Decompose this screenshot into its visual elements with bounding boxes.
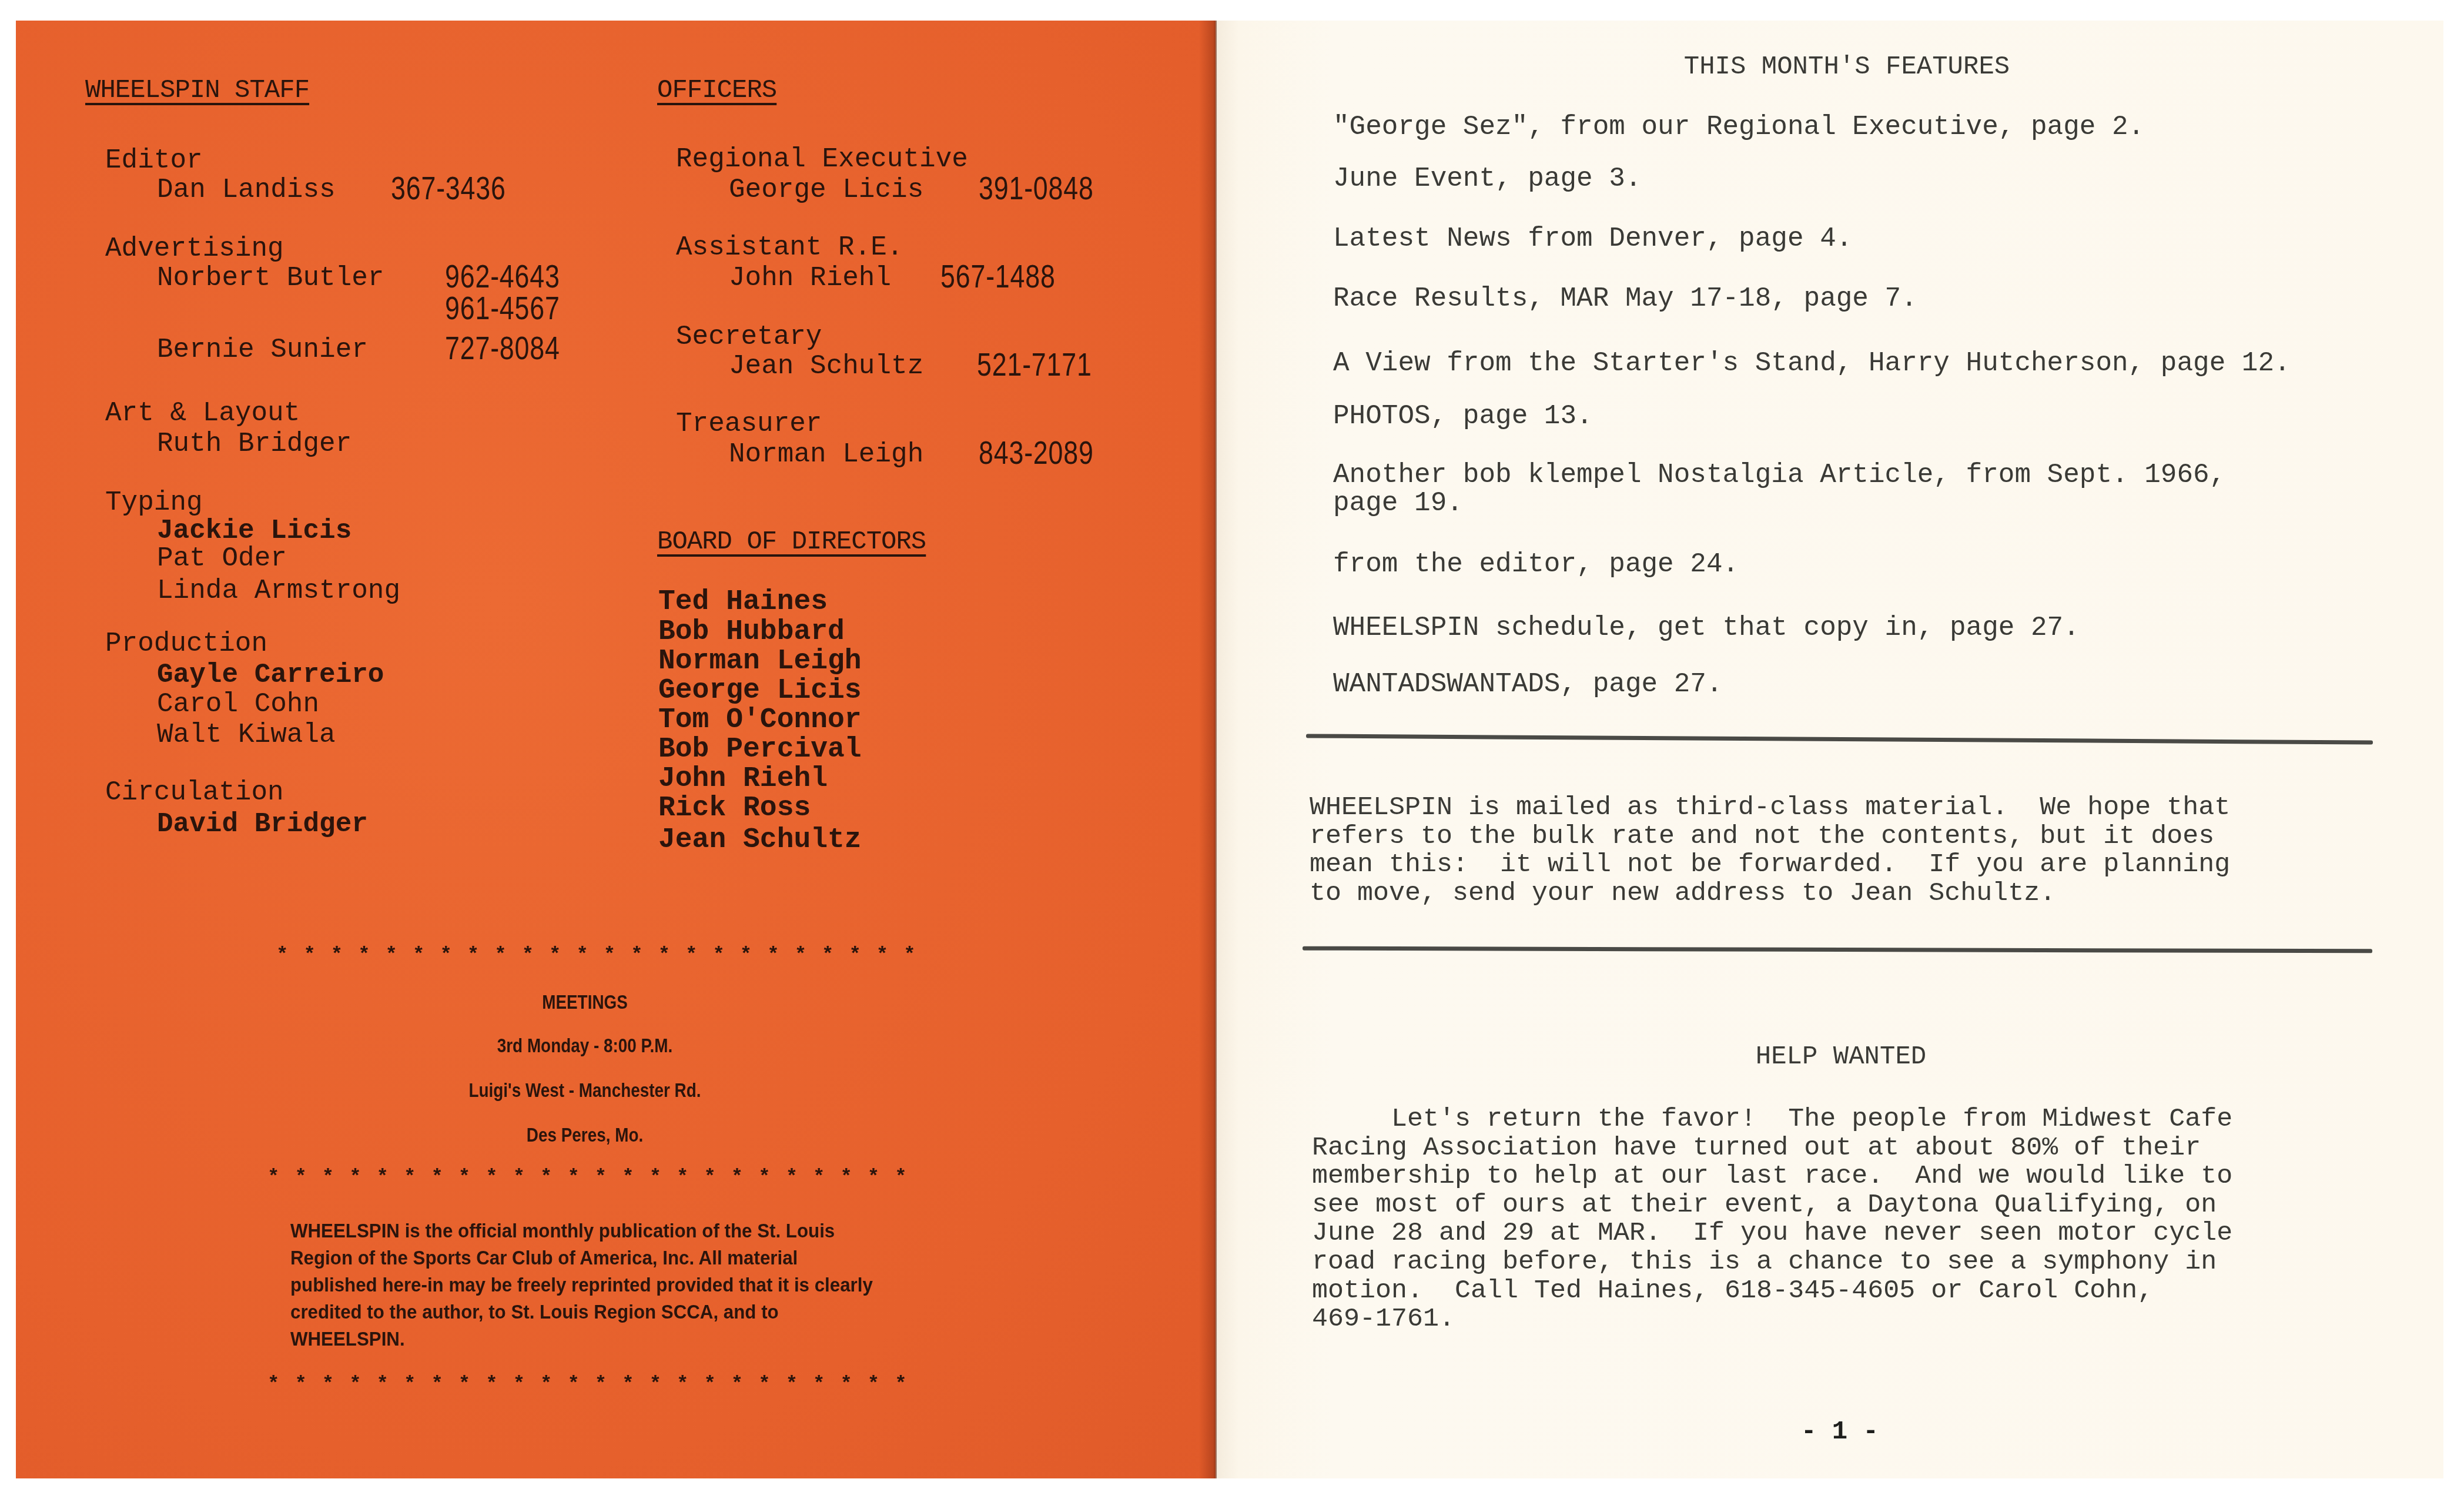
board-member: John Riehl [658,765,828,793]
board-member: Tom O'Connor [658,706,862,734]
staff-name: David Bridger [157,811,368,838]
star-divider: ************************ [267,1374,922,1394]
officer-phone: 391-0848 [979,172,1094,205]
meetings-where: Luigi's West - Manchester Rd. [296,1080,874,1100]
staff-phone: 961-4567 [445,292,560,324]
staff-name: Dan Landiss [157,176,336,203]
staff-name: Walt Kiwala [157,721,336,748]
board-member: Ted Haines [658,588,828,616]
staff-name: Bernie Sunier [157,336,368,363]
staff-role-production: Production [105,630,267,657]
board-member: Rick Ross [658,794,811,822]
officer-role: Assistant R.E. [676,234,903,261]
officer-name: Jean Schultz [729,353,923,380]
feature-item: Latest News from Denver, page 4. [1333,225,1852,253]
officer-role: Regional Executive [676,146,968,173]
meetings-when: 3rd Monday - 8:00 P.M. [296,1036,874,1056]
staff-role-advertising: Advertising [105,235,284,262]
feature-item: A View from the Starter's Stand, Harry H… [1333,349,2291,377]
staff-role-circulation: Circulation [105,779,284,806]
officer-name: Norman Leigh [729,441,923,468]
star-divider: ************************ [276,945,931,965]
board-member: Bob Hubbard [658,618,845,646]
board-member: Bob Percival [658,735,862,764]
feature-item: June Event, page 3. [1333,165,1642,193]
feature-item: PHOTOS, page 13. [1333,402,1593,430]
staff-name: Pat Oder [157,545,287,572]
feature-item: Race Results, MAR May 17-18, page 7. [1333,285,1917,313]
help-wanted-heading: HELP WANTED [1547,1044,2135,1070]
feature-item: WHEELSPIN schedule, get that copy in, pa… [1333,614,2080,642]
staff-name: Gayle Carreiro [157,661,384,688]
officer-role: Treasurer [676,410,822,437]
officer-name: John Riehl [729,265,891,292]
officer-phone: 521-7171 [977,348,1092,381]
officer-name: George Licis [729,176,923,203]
staff-phone: 367-3436 [391,172,506,205]
feature-item: Another bob klempel Nostalgia Article, f… [1333,461,2225,518]
officer-phone: 843-2089 [979,436,1094,469]
staff-phone: 962-4643 [445,260,560,293]
meetings-heading: MEETINGS [296,992,874,1012]
staff-role-typing: Typing [105,489,203,516]
spine-shadow [1199,21,1217,1478]
feature-item: WANTADSWANTADS, page 27. [1333,670,1723,698]
staff-phone: 727-8084 [445,332,560,364]
mailing-notice: WHEELSPIN is mailed as third-class mater… [1310,794,2230,908]
staff-name: Ruth Bridger [157,430,351,457]
board-member: Norman Leigh [658,647,862,675]
staff-name: Carol Cohn [157,691,319,718]
feature-item: from the editor, page 24. [1333,550,1739,578]
publication-notice: WHEELSPIN is the official monthly public… [290,1218,880,1353]
meetings-city: Des Peres, Mo. [296,1125,874,1145]
staff-role-editor: Editor [105,147,203,174]
officer-role: Secretary [676,323,822,350]
board-member: Jean Schultz [658,826,862,854]
features-heading: THIS MONTH'S FEATURES [1553,54,2141,80]
board-heading: BOARD OF DIRECTORS [657,529,926,555]
staff-role-art-layout: Art & Layout [105,400,300,427]
feature-item: "George Sez", from our Regional Executiv… [1333,113,2144,141]
page-number: - 1 - [1752,1419,1928,1445]
board-member: George Licis [658,677,862,705]
officer-phone: 567-1488 [940,260,1056,293]
staff-name: Linda Armstrong [157,577,400,604]
help-wanted-body: Let's return the favor! The people from … [1312,1105,2232,1334]
staff-name: Norbert Butler [157,265,384,292]
officers-heading: OFFICERS [657,78,776,103]
staff-name: Jackie Licis [157,517,351,544]
staff-heading: WHEELSPIN STAFF [85,78,309,103]
star-divider: ************************ [267,1167,922,1187]
